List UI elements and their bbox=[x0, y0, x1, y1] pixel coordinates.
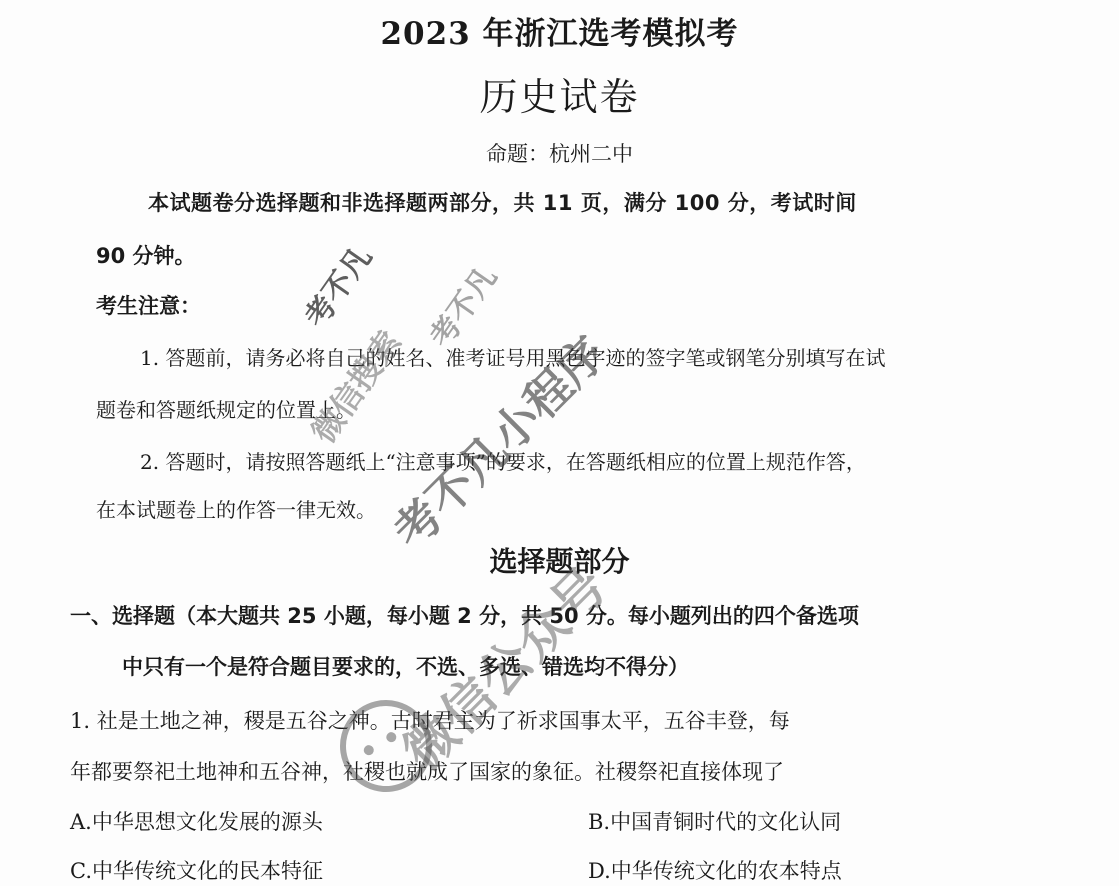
section-title: 选择题部分 bbox=[0, 540, 1119, 580]
intro-line-2: 90 分钟。 bbox=[96, 240, 196, 270]
intro-line-1: 本试题卷分选择题和非选择题两部分，共 11 页，满分 100 分，考试时间 bbox=[148, 187, 857, 217]
watermark-text: 考不凡 bbox=[292, 236, 380, 335]
notice-heading: 考生注意： bbox=[96, 290, 201, 320]
wechat-logo-icon bbox=[323, 683, 449, 809]
question-1-option-d: D.中华传统文化的农本特点 bbox=[588, 855, 842, 885]
question-1-option-a: A.中华思想文化发展的源头 bbox=[70, 806, 323, 836]
notice-item-1-line-1: 1. 答题前，请务必将自己的姓名、准考证号用黑色字迹的签字笔或钢笔分别填写在试 bbox=[140, 342, 885, 371]
notice-item-2-line-1: 2. 答题时，请按照答题纸上“注意事项”的要求，在答题纸相应的位置上规范作答， bbox=[140, 446, 866, 475]
watermark-text: 考不凡 bbox=[417, 256, 505, 355]
exam-subtitle: 历史试卷 bbox=[0, 66, 1119, 121]
notice-item-2-line-2: 在本试题卷上的作答一律无效。 bbox=[96, 494, 376, 523]
exam-page: 2023 年浙江选考模拟考 历史试卷 命题：杭州二中 本试题卷分选择题和非选择题… bbox=[0, 0, 1119, 886]
watermark-text: 微信搜索 bbox=[299, 320, 410, 451]
exam-author: 命题：杭州二中 bbox=[0, 138, 1119, 168]
question-1-option-c: C.中华传统文化的民本特征 bbox=[70, 855, 323, 885]
part-heading-line-1: 一、选择题（本大题共 25 小题，每小题 2 分，共 50 分。每小题列出的四个… bbox=[70, 600, 859, 630]
question-1-stem-line-1: 1. 社是土地之神，稷是五谷之神。古时君主为了祈求国事太平，五谷丰登，每 bbox=[70, 705, 790, 735]
part-heading-line-2: 中只有一个是符合题目要求的，不选、多选、错选均不得分） bbox=[122, 651, 689, 681]
question-1-option-b: B.中国青铜时代的文化认同 bbox=[588, 806, 841, 836]
exam-title: 2023 年浙江选考模拟考 bbox=[0, 8, 1119, 53]
notice-item-1-line-2: 题卷和答题纸规定的位置上。 bbox=[96, 394, 356, 423]
